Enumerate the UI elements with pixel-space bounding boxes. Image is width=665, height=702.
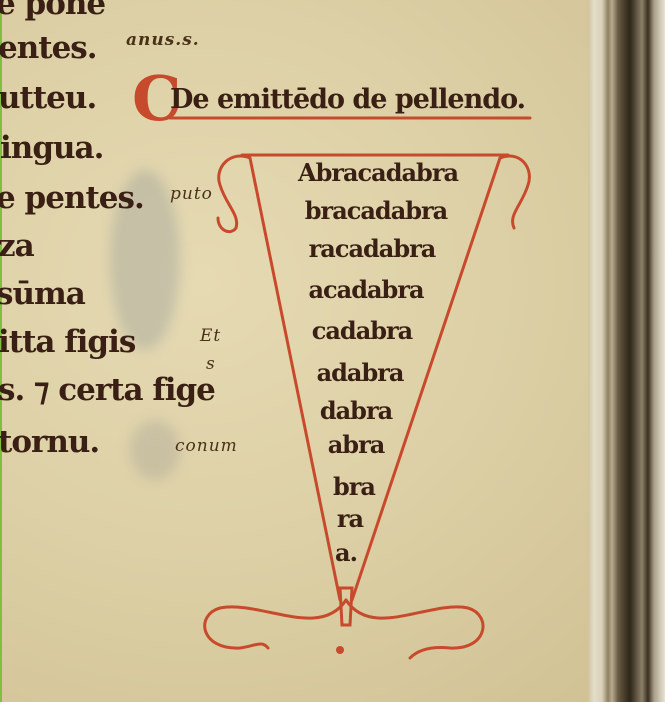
charm-line: adabra bbox=[290, 358, 430, 387]
charm-line: bra bbox=[314, 472, 394, 501]
charm-line: ra bbox=[320, 504, 380, 533]
charm-line: abra bbox=[306, 430, 406, 459]
charm-line: acadabra bbox=[276, 275, 456, 304]
charm-line: Abracadabra bbox=[258, 158, 498, 187]
charm-line: cadabra bbox=[282, 316, 442, 345]
manuscript-page: e pone entes. utteu. ingua. e pentes. za… bbox=[0, 0, 665, 702]
book-gutter bbox=[588, 0, 665, 702]
charm-line: racadabra bbox=[272, 234, 472, 263]
charm-line: bracadabra bbox=[266, 196, 486, 225]
charm-line: dabra bbox=[296, 396, 416, 425]
charm-line: a. bbox=[326, 538, 366, 567]
charm-border bbox=[0, 0, 665, 702]
